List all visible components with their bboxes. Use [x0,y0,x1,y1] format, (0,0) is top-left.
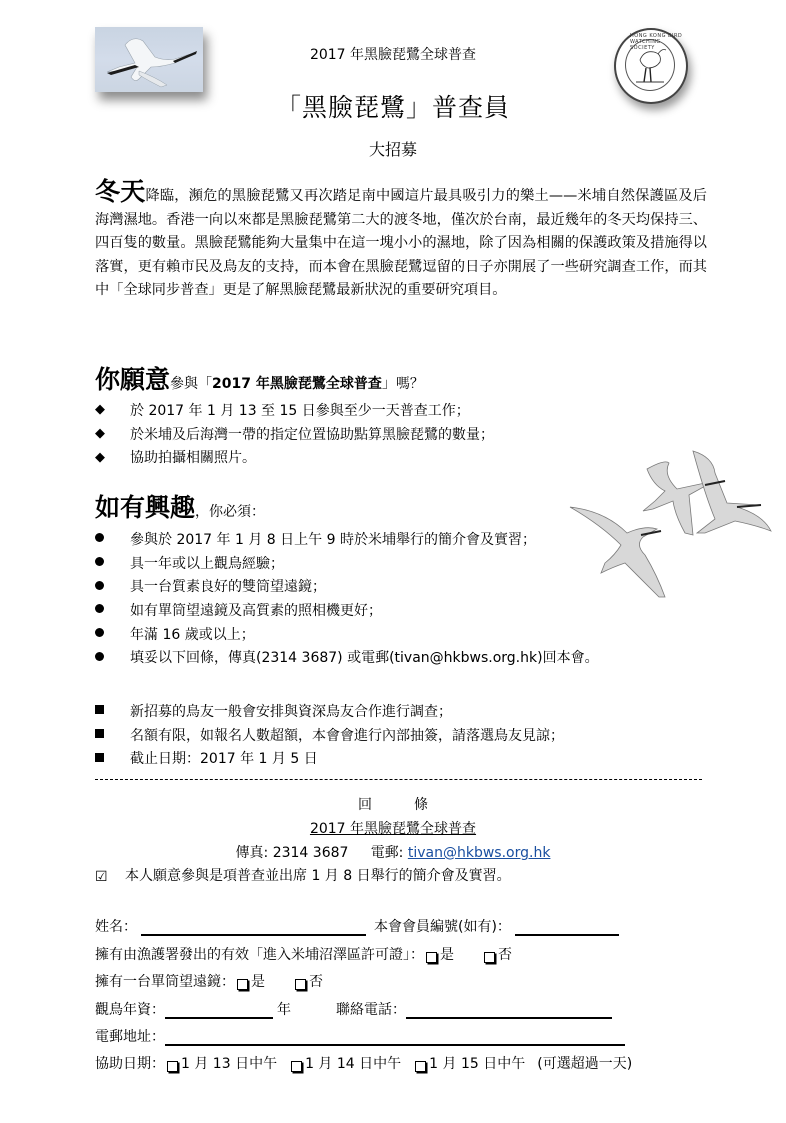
dot-bullet-icon [95,579,130,594]
list-item-text: 協助拍攝相關照片。 [130,447,256,467]
consent-text: 本人願意參與是項普查並出席 1 月 8 日舉行的簡介會及實習。 [125,865,511,885]
cut-line-divider [95,779,702,780]
date-15-checkbox[interactable] [415,1061,426,1072]
dates-note: (可選超過一天) [537,1053,632,1073]
list-item-text: 年滿 16 歲或以上； [130,624,255,644]
scope-yes-label: 是 [251,971,265,991]
list-item-text: 填妥以下回條，傳真(2314 3687) 或電郵(tivan@hkbws.org… [130,647,599,667]
reply-contact: 傳真: 2314 3687 電郵: tivan@hkbws.org.hk [0,842,786,862]
intro-lead: 冬天 [95,177,145,206]
name-label: 姓名： [95,916,137,936]
dates-row: 協助日期： 1 月 13 日中午 1 月 14 日中午 1 月 15 日中午 (… [95,1053,632,1073]
list-item-text: 於 2017 年 1 月 13 至 15 日參與至少一天普查工作； [130,400,470,420]
list-item-text: 名額有限，如報名人數超額，本會會進行內部抽簽，請落選鳥友見諒； [130,725,564,745]
date-14-label: 1 月 14 日中午 [305,1053,401,1073]
scope-no-checkbox[interactable] [295,979,306,990]
square-bullet-icon [95,727,130,742]
list-item-text: 於米埔及后海灣一帶的指定位置協助點算黑臉琵鷺的數量； [130,424,494,444]
list-item: 填妥以下回條，傳真(2314 3687) 或電郵(tivan@hkbws.org… [95,645,655,669]
diamond-bullet-icon: ◆ [95,402,130,417]
list-item-text: 截止日期：2017 年 1 月 5 日 [130,748,318,768]
phone-field[interactable] [406,1003,612,1019]
list-item: 新招募的鳥友一般會安排與資深鳥友合作進行調查； [95,699,695,723]
permit-no-label: 否 [498,944,512,964]
list-item-text: 如有單筒望遠鏡及高質素的照相機更好； [130,600,382,620]
name-row: 姓名： 本會會員編號(如有)： [95,916,623,936]
experience-row: 觀鳥年資： 年 聯絡電話： [95,999,616,1019]
reply-slip-subtitle: 2017 年黑臉琵鷺全球普查 [0,818,786,838]
date-13-checkbox[interactable] [167,1061,178,1072]
list-item: ◆於米埔及后海灣一帶的指定位置協助點算黑臉琵鷺的數量； [95,422,575,446]
list-item: ◆於 2017 年 1 月 13 至 15 日參與至少一天普查工作； [95,398,575,422]
dates-label: 協助日期： [95,1053,165,1073]
dot-bullet-icon [95,650,130,665]
member-number-label: 本會會員編號(如有)： [374,916,511,936]
interest-heading: 如有興趣，你必須： [95,488,265,524]
flying-spoonbills-icon [565,445,775,605]
diamond-bullet-icon: ◆ [95,450,130,465]
willing-pre: 參與「 [170,376,212,392]
interest-post: ，你必須： [195,504,265,520]
intro-text: 降臨，瀕危的黑臉琵鷺又再次踏足南中國這片最具吸引力的樂土——米埔自然保護區及后海… [95,188,707,298]
date-14-checkbox[interactable] [291,1061,302,1072]
list-item-text: 具一年或以上觀鳥經驗； [130,553,284,573]
list-item: 年滿 16 歲或以上； [95,622,655,646]
scope-yes-checkbox[interactable] [237,979,248,990]
email-address-label: 電郵地址： [95,1026,165,1046]
scope-no-label: 否 [309,971,323,991]
spoonbill-flock-image [565,445,775,605]
permit-row: 擁有由漁護署發出的有效「進入米埔沼澤區許可證」： 是 否 [95,944,512,964]
page-subtitle: 大招募 [0,137,786,160]
event-title: 2017 年黑臉琵鷺全球普查 [0,44,786,64]
email-label: 電郵: [371,845,404,861]
square-bullet-icon [95,751,130,766]
permit-label: 擁有由漁護署發出的有效「進入米埔沼澤區許可證」： [95,944,424,964]
date-15-label: 1 月 15 日中午 [429,1053,525,1073]
years-field[interactable] [165,1003,273,1019]
list-item-text: 具一台質素良好的雙筒望遠鏡； [130,576,326,596]
willing-post: 」嗎？ [382,376,424,392]
willing-lead: 你願意 [95,365,170,394]
name-field[interactable] [141,920,366,936]
list-item: ◆協助拍攝相關照片。 [95,445,575,469]
square-bullet-icon [95,703,130,718]
permit-yes-checkbox[interactable] [426,952,437,963]
dot-bullet-icon [95,602,130,617]
checked-box-icon[interactable]: ☑ [95,869,125,885]
intro-paragraph: 冬天降臨，瀕危的黑臉琵鷺又再次踏足南中國這片最具吸引力的樂土——米埔自然保護區及… [95,180,707,303]
dot-bullet-icon [95,626,130,641]
scope-label: 擁有一台單筒望遠鏡： [95,971,235,991]
scope-row: 擁有一台單筒望遠鏡： 是 否 [95,971,323,991]
consent-row: ☑ 本人願意參與是項普查並出席 1 月 8 日舉行的簡介會及實習。 [95,865,511,885]
list-item-text: 新招募的鳥友一般會安排與資深鳥友合作進行調查； [130,701,452,721]
email-row: 電郵地址： [95,1026,629,1046]
phone-label: 聯絡電話： [336,999,406,1019]
date-13-label: 1 月 13 日中午 [181,1053,277,1073]
diamond-bullet-icon: ◆ [95,426,130,441]
fax-number: 傳真: 2314 3687 [236,845,349,861]
interest-lead: 如有興趣 [95,493,195,522]
member-number-field[interactable] [515,920,619,936]
notes-list: 新招募的鳥友一般會安排與資深鳥友合作進行調查； 名額有限，如報名人數超額，本會會… [95,699,695,770]
permit-no-checkbox[interactable] [484,952,495,963]
willing-heading: 你願意參與「2017 年黑臉琵鷺全球普查」嗎？ [95,360,424,396]
page-title: 「黑臉琵鷺」普查員 [0,88,786,124]
email-link[interactable]: tivan@hkbws.org.hk [408,845,551,861]
list-item-text: 參與於 2017 年 1 月 8 日上午 9 時於米埔舉行的簡介會及實習； [130,529,536,549]
dot-bullet-icon [95,531,130,546]
list-item: 名額有限，如報名人數超額，本會會進行內部抽簽，請落選鳥友見諒； [95,723,695,747]
reply-slip-title: 回 條 [0,794,786,814]
permit-yes-label: 是 [440,944,454,964]
dot-bullet-icon [95,555,130,570]
years-unit: 年 [277,999,291,1019]
willing-event: 2017 年黑臉琵鷺全球普查 [212,376,382,392]
reply-slip-event: 2017 年黑臉琵鷺全球普查 [310,821,476,837]
email-address-field[interactable] [165,1030,625,1046]
years-label: 觀鳥年資： [95,999,165,1019]
willing-list: ◆於 2017 年 1 月 13 至 15 日參與至少一天普查工作； ◆於米埔及… [95,398,575,469]
list-item: 截止日期：2017 年 1 月 5 日 [95,746,695,770]
